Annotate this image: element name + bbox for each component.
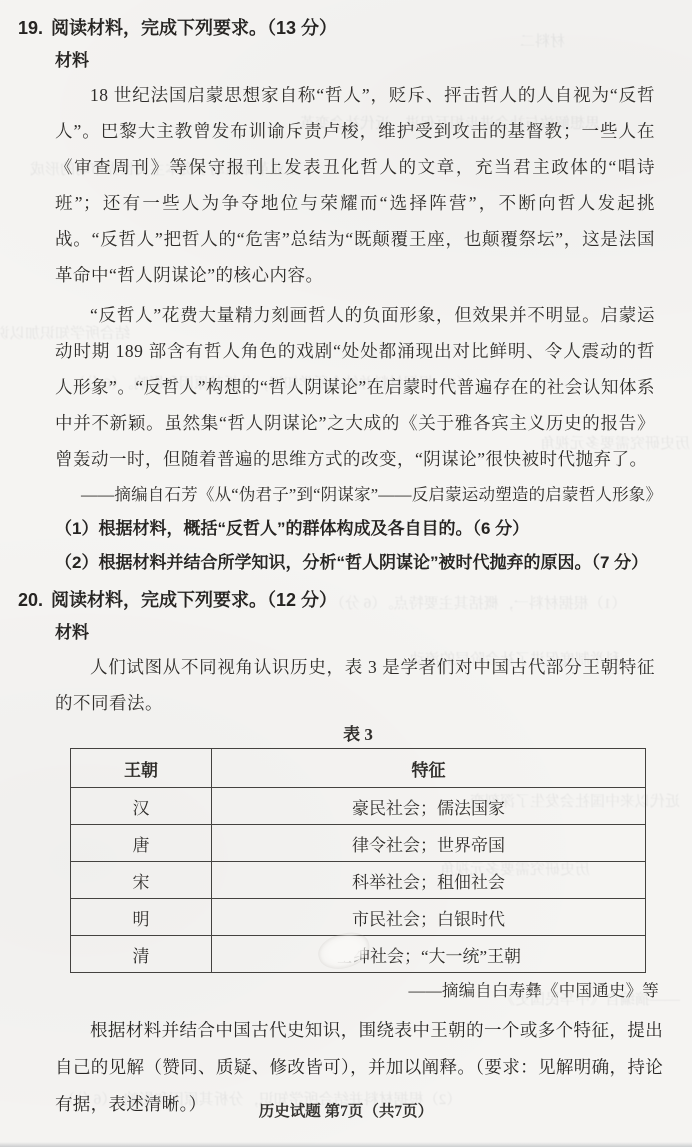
question-19-header: 19. 阅读材料，完成下列要求。（13 分） — [18, 16, 656, 40]
table-cell-feature: 律令社会；世界帝国 — [212, 825, 646, 862]
table-cell-feature: 市民社会；白银时代 — [212, 899, 646, 936]
table-cell-dynasty: 明 — [71, 899, 212, 936]
table-row: 汉 豪民社会；儒法国家 — [71, 788, 646, 825]
page-footer: 历史试题 第7页（共7页） — [0, 1099, 692, 1121]
material-label: 材料 — [55, 49, 656, 73]
table-cell-dynasty: 宋 — [71, 862, 212, 899]
question-19-title: 阅读材料，完成下列要求。（13 分） — [51, 16, 337, 40]
question-19-number: 19. — [18, 16, 43, 40]
table-header-row: 王朝 特征 — [71, 749, 646, 788]
table-cell-dynasty: 清 — [71, 936, 212, 973]
table-cell-dynasty: 唐 — [71, 825, 212, 862]
table-header-dynasty: 王朝 — [71, 749, 212, 788]
table-caption: 表 3 — [70, 724, 646, 746]
question-20-number: 20. — [18, 588, 43, 612]
table-row: 宋 科举社会；租佃社会 — [71, 862, 646, 899]
sub-question-2: （2）根据材料并结合所学知识，分析“哲人阴谋论”被时代抛弃的原因。（7 分） — [55, 552, 656, 574]
table-cell-feature: 士绅社会；“大一统”王朝 — [212, 936, 646, 973]
question-20: 20. 阅读材料，完成下列要求。（12 分） 材料 人们试图从不同视角认识历史，… — [18, 588, 656, 1123]
question-19: 19. 阅读材料，完成下列要求。（13 分） 材料 18 世纪法国启蒙思想家自称… — [18, 16, 656, 574]
table-cell-dynasty: 汉 — [71, 788, 212, 825]
source-attribution-q20: ——摘编自白寿彝《中国通史》等 — [55, 980, 659, 1002]
material-paragraph-2: “反哲人”花费大量精力刻画哲人的负面形象，但效果并不明显。启蒙运动时期 189 … — [55, 297, 655, 477]
table-row: 唐 律令社会；世界帝国 — [71, 825, 646, 862]
question-20-title: 阅读材料，完成下列要求。（12 分） — [51, 588, 337, 612]
table-header-feature: 特征 — [212, 749, 646, 788]
exam-page: 材料二 思想解放与社会进步相互促进，近代社会变革 工业革命推动了资本主义世界市场… — [0, 0, 692, 1147]
material-label: 材料 — [55, 621, 656, 645]
question-20-header: 20. 阅读材料，完成下列要求。（12 分） — [18, 588, 656, 612]
scan-bottom-edge — [0, 1142, 692, 1147]
source-attribution-q19: ——摘编自石芳《从“伪君子”到“阴谋家”——反启蒙运动塑造的启蒙哲人形象》 — [55, 484, 685, 506]
table-cell-feature: 豪民社会；儒法国家 — [212, 788, 646, 825]
sub-question-1: （1）根据材料，概括“反哲人”的群体构成及各自目的。（6 分） — [55, 518, 656, 540]
material-intro-paragraph: 人们试图从不同视角认识历史，表 3 是学者们对中国古代部分王朝特征的不同看法。 — [55, 649, 655, 721]
table-row: 明 市民社会；白银时代 — [71, 899, 646, 936]
table-cell-feature: 科举社会；租佃社会 — [212, 862, 646, 899]
material-paragraph-1: 18 世纪法国启蒙思想家自称“哲人”，贬斥、抨击哲人的人自视为“反哲人”。巴黎大… — [55, 77, 655, 293]
